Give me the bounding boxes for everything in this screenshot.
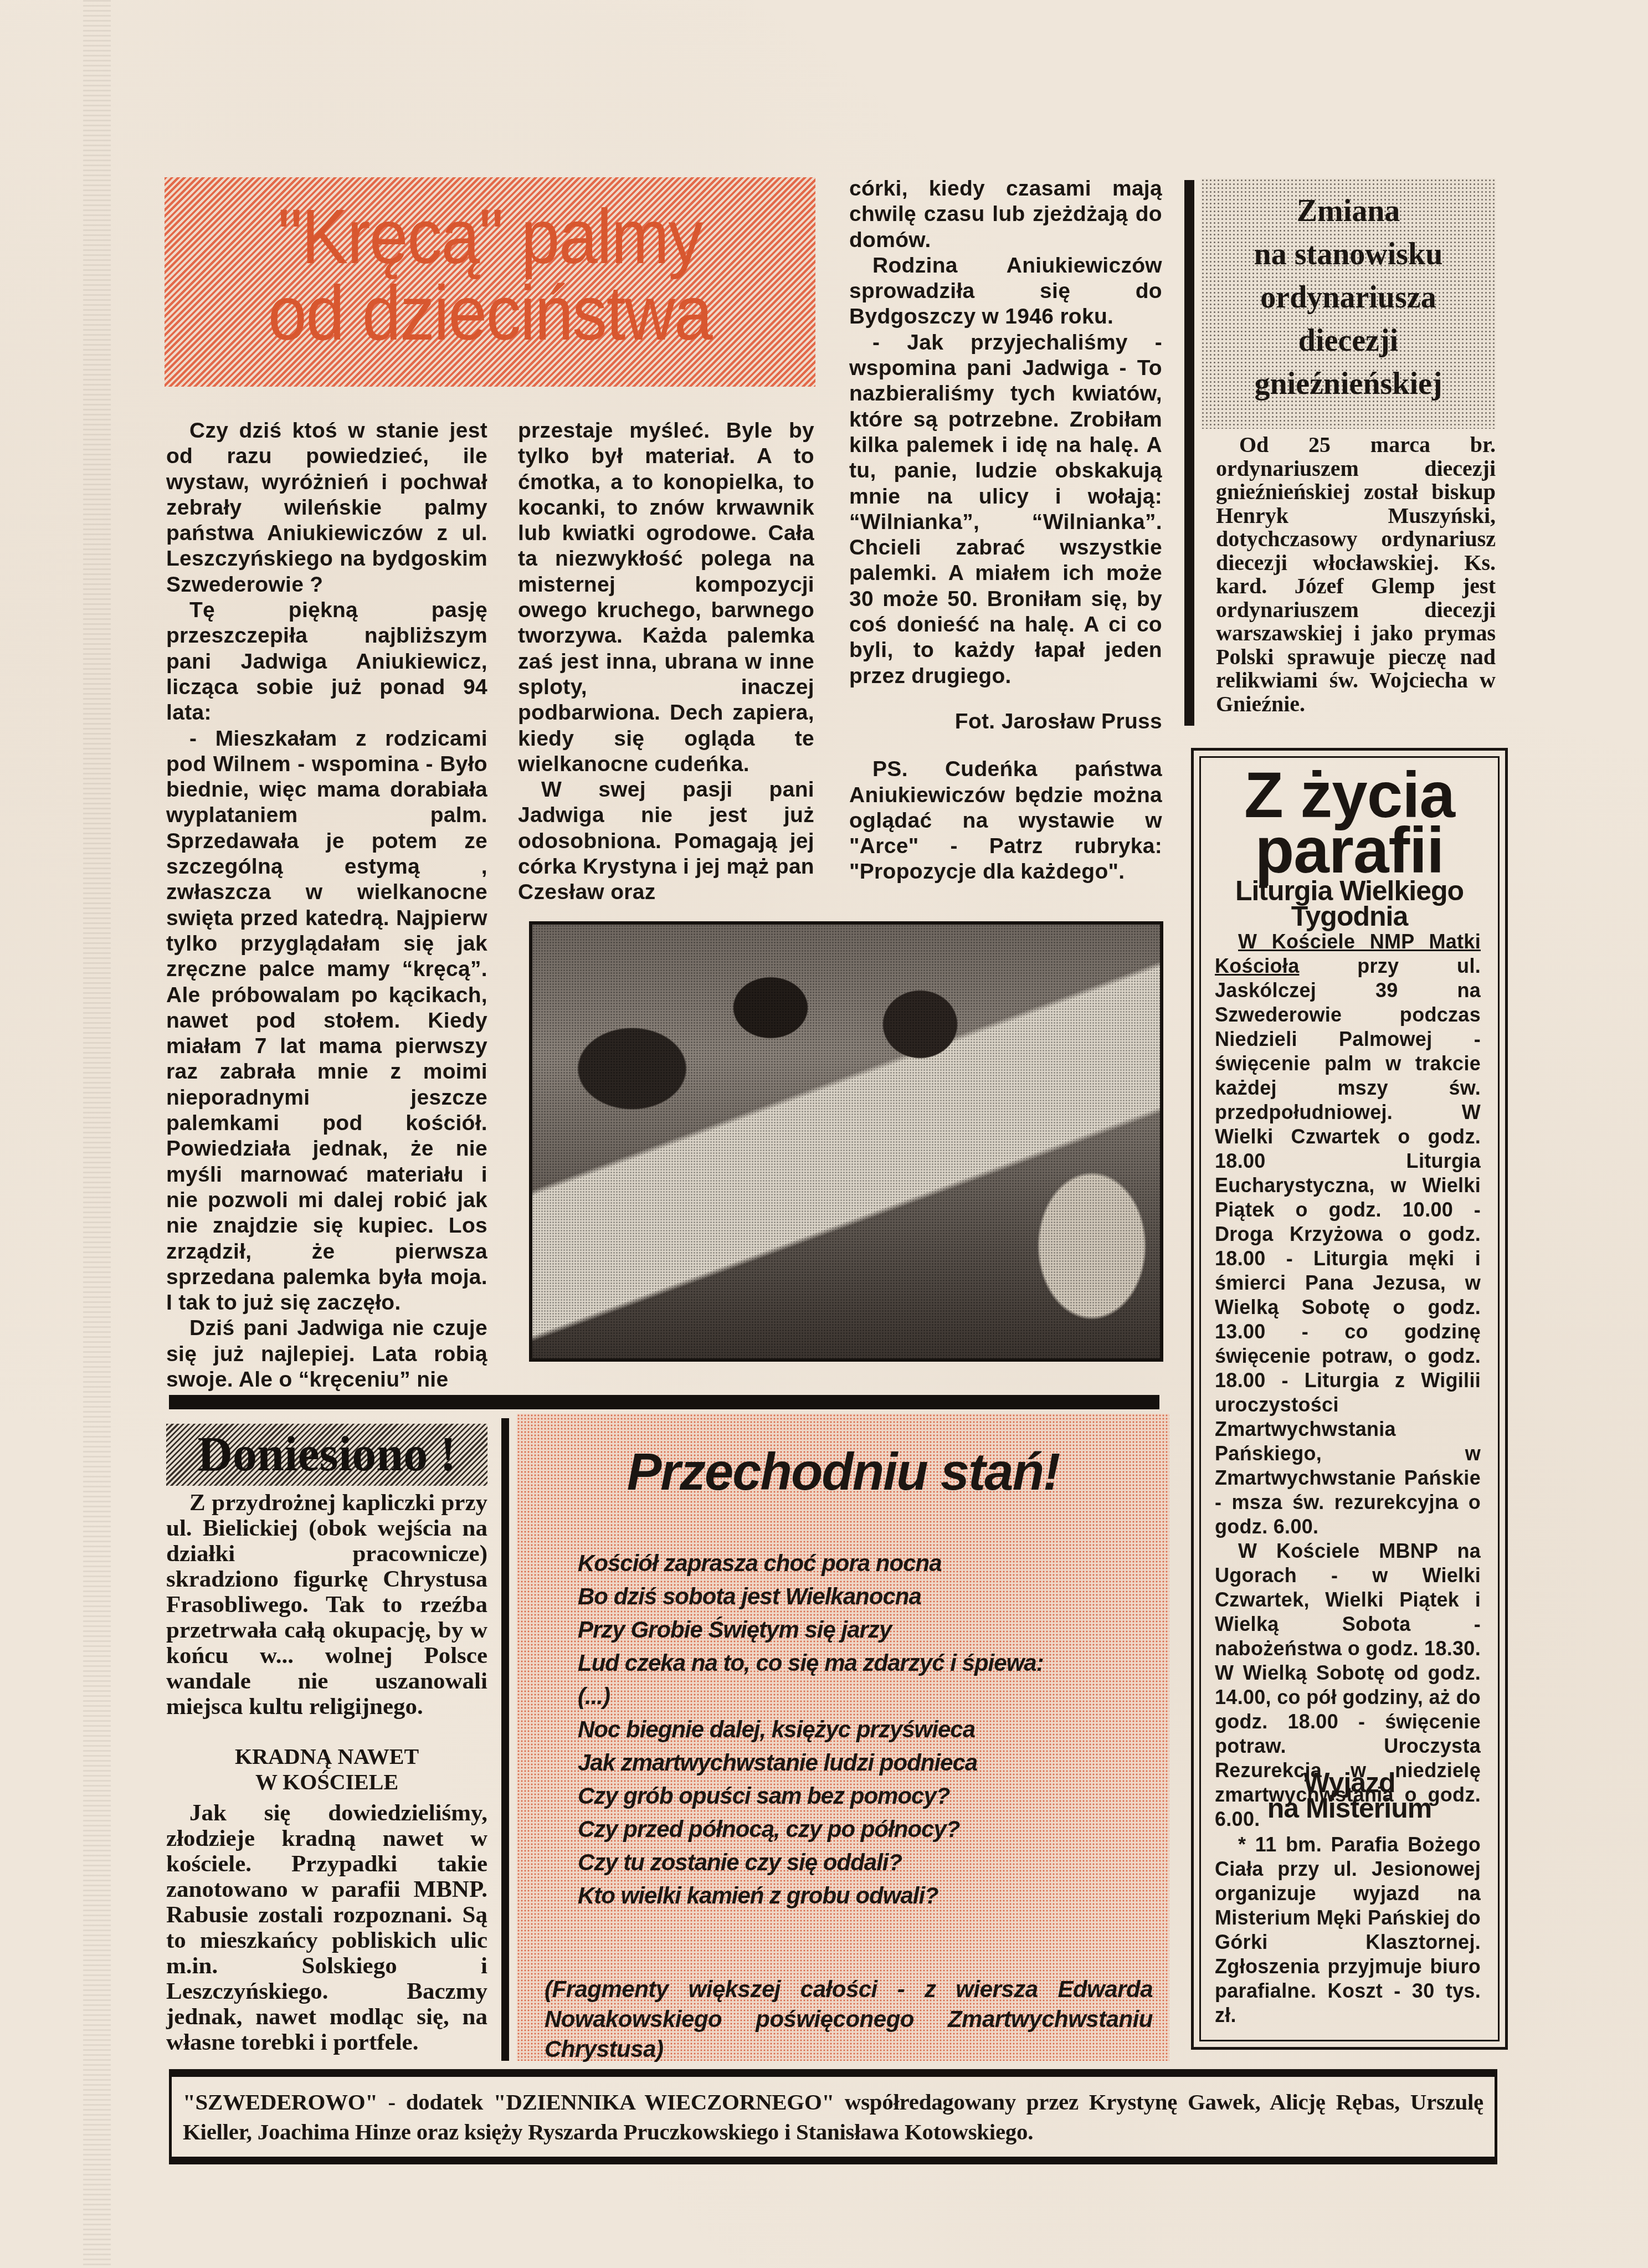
poem-line: Czy przed północą, czy po północy?	[578, 1813, 1044, 1846]
headline-line-2: od dzieciństwa	[197, 275, 783, 351]
zmiana-headline: Zmiana na stanowisku ordynariusza diecez…	[1201, 189, 1496, 406]
article-paragraph: Tę piękną pasję przeszczepiła najbliższy…	[166, 598, 487, 726]
page-fold-edge	[83, 0, 111, 2268]
parafia-headline: Z życia parafii	[1191, 767, 1508, 878]
poem-line: Lud czeka na to, co się ma zdarzyć i śpi…	[578, 1646, 1044, 1680]
article-paragraph: - Mieszkałam z rodzicami pod Wilnem - ws…	[166, 726, 487, 1316]
article-postscript: PS. Cudeńka państwa Aniukiewiczów będzie…	[849, 757, 1162, 885]
poem-line: Noc biegnie dalej, księżyc przyświeca	[578, 1713, 1044, 1746]
wyjazd-title-line: Wyjazd	[1191, 1770, 1508, 1795]
doniesiono-headline: Doniesiono !	[166, 1427, 487, 1482]
zmiana-title-line: na stanowisku	[1201, 233, 1496, 276]
column-rule	[501, 1418, 509, 2061]
kradna-body: Jak się dowiedzieliśmy, złodzieje kradną…	[166, 1800, 487, 2055]
main-headline: "Kręcą" palmy od dzieciństwa	[197, 198, 783, 351]
poem-line: Jak zmartwychwstanie ludzi podnieca	[578, 1746, 1044, 1779]
kradna-title-line: W KOŚCIELE	[166, 1769, 487, 1795]
article-column-3: córki, kiedy czasami mają chwilę czasu l…	[849, 176, 1162, 885]
zmiana-paragraph: Od 25 marca br. ordynariuszem diecezji g…	[1216, 433, 1496, 716]
doniesiono-body: Z przydrożnej kapliczki przy ul. Bielick…	[166, 1490, 487, 1720]
poem-line: Kościół zaprasza choć pora nocna	[578, 1547, 1044, 1580]
kradna-headline: KRADNĄ NAWET W KOŚCIELE	[166, 1744, 487, 1795]
masthead-footer-box: "SZWEDEROWO" - dodatek "DZIENNIKA WIECZO…	[169, 2069, 1497, 2164]
poem-line: Czy grób opuści sam bez pomocy?	[578, 1779, 1044, 1813]
article-paragraph: - Jak przyjechaliśmy - wspomina pani Jad…	[849, 330, 1162, 689]
poem-line: (...)	[578, 1680, 1044, 1713]
liturgia-paragraph-1: przy ul. Jaskólczej 39 na Szwederowie po…	[1215, 955, 1481, 1538]
kradna-paragraph: Jak się dowiedzieliśmy, złodzieje kradną…	[166, 1800, 487, 2055]
vertical-rule	[1184, 180, 1194, 726]
article-photo	[529, 921, 1163, 1362]
headline-line-1: "Kręcą" palmy	[197, 198, 783, 275]
section-divider-bar	[169, 1395, 1159, 1409]
wyjazd-title-line: na Misterium	[1191, 1795, 1508, 1821]
article-column-2: przestaje myśleć. Byle by tylko był mate…	[518, 418, 814, 906]
liturgia-headline: Liturgia Wielkiego Tygodnia	[1191, 878, 1508, 929]
poem-line: Kto wielki kamień z grobu odwali?	[578, 1879, 1044, 1912]
zmiana-headline-box: Zmiana na stanowisku ordynariusza diecez…	[1201, 178, 1496, 429]
doniesiono-headline-box: Doniesiono !	[166, 1424, 487, 1486]
poem-line: Przy Grobie Świętym się jarzy	[578, 1613, 1044, 1646]
article-paragraph: córki, kiedy czasami mają chwilę czasu l…	[849, 176, 1162, 253]
liturgia-title-line: Tygodnia	[1191, 904, 1508, 929]
zmiana-title-line: Zmiana	[1201, 189, 1496, 233]
kradna-title-line: KRADNĄ NAWET	[166, 1744, 487, 1769]
poem-title: Przechodniu stań!	[517, 1444, 1169, 1500]
zmiana-title-line: diecezji	[1201, 319, 1496, 362]
article-paragraph: Dziś pani Jadwiga nie czuje się już najl…	[166, 1316, 487, 1393]
zmiana-body: Od 25 marca br. ordynariuszem diecezji g…	[1216, 433, 1496, 716]
wyjazd-paragraph: * 11 bm. Parafia Bożego Ciała przy ul. J…	[1215, 1833, 1481, 2028]
zmiana-title-line: ordynariusza	[1201, 276, 1496, 319]
article-column-1: Czy dziś ktoś w stanie jest od razu powi…	[166, 418, 487, 1393]
article-paragraph: Czy dziś ktoś w stanie jest od razu powi…	[166, 418, 487, 598]
poem-source-note: (Fragmenty większej całości - z wiersza …	[545, 1974, 1153, 2064]
zmiana-title-line: gnieźnieńskiej	[1201, 362, 1496, 406]
poem-line: Czy tu zostanie czy się oddali?	[578, 1846, 1044, 1879]
poem-box: Przechodniu stań! Kościół zaprasza choć …	[517, 1414, 1169, 2061]
poem-line: Bo dziś sobota jest Wielkanocna	[578, 1580, 1044, 1613]
wyjazd-headline: Wyjazd na Misterium	[1191, 1770, 1508, 1821]
main-headline-box: "Kręcą" palmy od dzieciństwa	[165, 177, 815, 387]
parafia-title-line: parafii	[1191, 823, 1508, 878]
photo-credit: Fot. Jarosław Pruss	[849, 709, 1162, 735]
liturgia-body: W Kościele NMP Matki Kościoła przy ul. J…	[1215, 930, 1481, 1831]
wyjazd-body: * 11 bm. Parafia Bożego Ciała przy ul. J…	[1215, 1833, 1481, 2028]
masthead-credits: "SZWEDEROWO" - dodatek "DZIENNIKA WIECZO…	[183, 2087, 1483, 2147]
poem-lines: Kościół zaprasza choć pora nocna Bo dziś…	[578, 1547, 1044, 1912]
liturgia-title-line: Liturgia Wielkiego	[1191, 878, 1508, 904]
article-paragraph: Rodzina Aniukiewiczów sprowadziła się do…	[849, 253, 1162, 330]
doniesiono-paragraph: Z przydrożnej kapliczki przy ul. Bielick…	[166, 1490, 487, 1720]
article-paragraph: przestaje myśleć. Byle by tylko był mate…	[518, 418, 814, 777]
article-paragraph: W swej pasji pani Jadwiga nie jest już o…	[518, 777, 814, 905]
